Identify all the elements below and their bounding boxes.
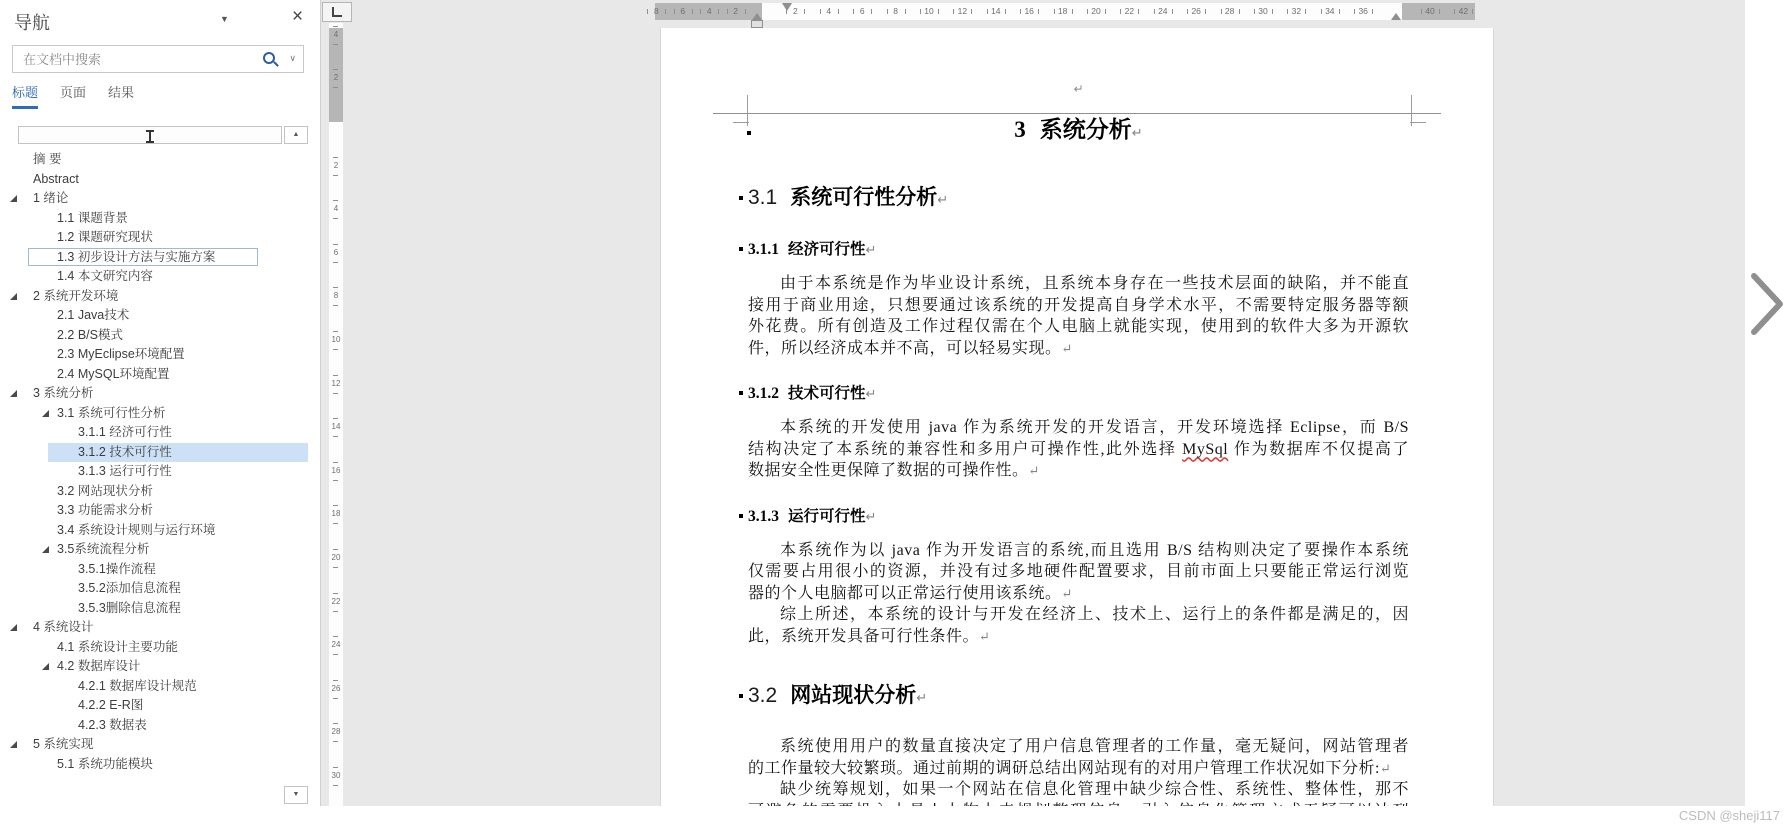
ruler-tick — [333, 262, 338, 263]
nav-item-label: 3.5.2添加信息流程 — [78, 581, 181, 595]
document-heading: 3.1系统可行性分析↵ — [748, 183, 1409, 215]
screenshot-stage: 导航 ▼ × ∨ 标题页面结果 ▲ 摘 要Abstract1 绪论1.1 课题背… — [0, 0, 1792, 833]
ruler-number: 42 — [1454, 6, 1472, 16]
nav-item-label: 3.2 网站现状分析 — [57, 484, 153, 498]
ruler-tick — [333, 157, 338, 158]
paragraph-mark: ↵ — [1380, 761, 1391, 776]
paragraph-mark: ↵ — [916, 690, 927, 705]
heading-number: 3.1.2 — [748, 385, 779, 402]
ruler-number: 36 — [1354, 6, 1372, 16]
ruler-tick — [871, 9, 872, 14]
ruler-number: 32 — [1287, 6, 1305, 16]
document-heading: 3系统分析↵ — [748, 113, 1409, 149]
expand-triangle-icon[interactable] — [10, 390, 17, 397]
ruler-tick — [838, 9, 839, 14]
navigation-pane: 导航 ▼ × ∨ 标题页面结果 ▲ 摘 要Abstract1 绪论1.1 课题背… — [0, 0, 321, 806]
ruler-number: 4 — [700, 6, 718, 16]
nav-item-label: 2.2 B/S模式 — [57, 328, 123, 342]
nav-item[interactable]: 2.3 MyEclipse环境配置 — [0, 345, 308, 365]
ruler-tick — [333, 567, 338, 568]
ruler-number: 8 — [647, 6, 665, 16]
ruler-tick — [333, 549, 338, 550]
ruler-tick — [333, 69, 338, 70]
ruler-tick — [1087, 9, 1088, 14]
ruler-number: 8 — [887, 6, 905, 16]
ruler-number: 24 — [1154, 6, 1172, 16]
ruler-tick — [333, 200, 338, 201]
outline-square-icon — [739, 391, 743, 395]
header-paragraph-mark: ↵ — [748, 82, 1409, 100]
ruler-tick — [333, 698, 338, 699]
heading-number: 3.1 — [748, 186, 777, 209]
ruler-tick — [804, 9, 805, 14]
ruler-tick — [853, 9, 854, 14]
ruler-tick — [333, 654, 338, 655]
ruler-tick — [1421, 9, 1422, 14]
body-text-line: 本系统的开发使用 java 作为系统开发的开发语言，开发环境选择 Eclipse… — [748, 417, 1409, 439]
paragraph-mark: ↵ — [866, 242, 877, 257]
paragraph: 由于本系统是作为毕业设计系统，且系统本身存在一些技术层面的缺陷，并不能直接用于商… — [748, 273, 1409, 359]
body-text-line: 综上所述，本系统的设计与开发在经济上、技术上、运行上的条件都是满足的，因 — [748, 604, 1409, 626]
ruler-number: 2 — [329, 161, 343, 170]
ruler-tick — [1205, 9, 1206, 14]
body-text-line: 本系统作为以 java 作为开发语言的系统,而且选用 B/S 结构则决定了要操作… — [748, 540, 1409, 562]
csdn-watermark: CSDN @sheji117 — [1679, 808, 1780, 823]
ruler-tick — [718, 9, 719, 14]
expand-triangle-icon[interactable] — [10, 741, 17, 748]
ruler-tick — [333, 480, 338, 481]
ruler-number: 14 — [329, 422, 343, 431]
nav-item-label: 2.3 MyEclipse环境配置 — [57, 347, 185, 361]
ruler-number: 10 — [329, 335, 343, 344]
spellcheck-underline: MySql — [1182, 441, 1228, 458]
ruler-tick — [1120, 9, 1121, 14]
heading-text: 运行可行性 — [788, 508, 866, 525]
ruler-number: 4 — [329, 30, 343, 39]
nav-item-label: 3.1 系统可行性分析 — [57, 406, 165, 420]
ruler-tick — [920, 9, 921, 14]
ruler-tick — [1287, 9, 1288, 14]
ruler-tick — [1154, 9, 1155, 14]
ruler-tick — [692, 9, 693, 14]
scroll-down-button[interactable]: ▼ — [284, 786, 308, 804]
ruler-tick — [333, 611, 338, 612]
nav-item[interactable]: Abstract — [0, 170, 308, 190]
paragraph: 本系统的开发使用 java 作为系统开发的开发语言，开发环境选择 Eclipse… — [748, 417, 1409, 482]
ruler-number: 8 — [329, 291, 343, 300]
search-dropdown-icon[interactable]: ∨ — [289, 53, 296, 64]
nav-item-label: 3.4 系统设计规则与运行环境 — [57, 523, 215, 537]
nav-item-label: 2.1 Java技术 — [57, 308, 129, 322]
ruler-tick — [1454, 9, 1455, 14]
nav-options-dropdown-icon[interactable]: ▼ — [220, 14, 229, 24]
body-text-line: 由于本系统是作为毕业设计系统，且系统本身存在一些技术层面的缺陷，并不能直 — [748, 273, 1409, 295]
close-icon[interactable]: × — [292, 6, 303, 28]
ruler-tick — [953, 9, 954, 14]
paragraph-mark: ↵ — [866, 386, 877, 401]
nav-item[interactable]: 3.1 系统可行性分析 — [0, 404, 308, 424]
ruler-tick — [1054, 9, 1055, 14]
ruler-tick — [1439, 9, 1440, 14]
nav-item[interactable]: 4 系统设计 — [0, 618, 308, 638]
heading-text: 经济可行性 — [788, 241, 866, 258]
nav-item-label: 3 系统分析 — [33, 386, 93, 400]
ruler-tick — [333, 331, 338, 332]
body-text-line: 系统使用用户的数量直接决定了用户信息管理者的工作量，毫无疑问，网站管理者 — [748, 736, 1409, 758]
nav-item-label: 4.2.2 E-R图 — [78, 698, 143, 712]
nav-item[interactable]: 2.4 MySQL环境配置 — [0, 365, 308, 385]
word-window: 导航 ▼ × ∨ 标题页面结果 ▲ 摘 要Abstract1 绪论1.1 课题背… — [0, 0, 1745, 806]
nav-item-label: 2.4 MySQL环境配置 — [57, 367, 170, 381]
nav-item-label: 4.2.1 数据库设计规范 — [78, 679, 197, 693]
ruler-tick — [333, 723, 338, 724]
nav-tabs: 标题页面结果 — [12, 82, 156, 104]
ruler-number: 30 — [1254, 6, 1272, 16]
heading-text: 系统分析 — [1040, 116, 1132, 142]
heading-number: 3 — [1014, 117, 1026, 142]
nav-item[interactable]: 3.1.2 技术可行性 — [0, 443, 308, 463]
body-text-line: 接用于商业用途，只想要通过该系统的开发提高自身学术水平，不需要特定服务器等额 — [748, 295, 1409, 317]
headings-list: 摘 要Abstract1 绪论1.1 课题背景1.2 课题研究现状1.3 初步设… — [0, 150, 308, 774]
ruler-tick — [333, 87, 338, 88]
ruler-tick — [1272, 9, 1273, 14]
heading-text: 网站现状分析 — [790, 684, 916, 707]
search-input[interactable] — [21, 47, 255, 71]
heading-number: 3.2 — [748, 684, 777, 707]
ruler-number: 30 — [329, 771, 343, 780]
nav-item-label: 2 系统开发环境 — [33, 289, 118, 303]
next-image-chevron-icon[interactable] — [1750, 272, 1786, 336]
ruler-tick — [333, 462, 338, 463]
ruler-tick — [1305, 9, 1306, 14]
paragraph-mark: ↵ — [866, 509, 877, 524]
nav-item[interactable]: 2.2 B/S模式 — [0, 326, 308, 346]
document-page[interactable]: ↵ 3系统分析↵3.1系统可行性分析↵3.1.1经济可行性↵由于本系统是作为毕业… — [660, 28, 1494, 806]
heading-number: 3.1.1 — [748, 241, 779, 258]
body-text-line: 器的个人电脑都可以正常运行使用该系统。↵ — [748, 583, 1409, 605]
ruler-tick — [1172, 9, 1173, 14]
nav-item[interactable]: 3.4 系统设计规则与运行环境 — [0, 521, 308, 541]
nav-item-label: 3.5.3删除信息流程 — [78, 601, 181, 615]
nav-item[interactable]: 4.1 系统设计主要功能 — [0, 638, 308, 658]
nav-item[interactable]: 2.1 Java技术 — [0, 306, 308, 326]
ruler-tick — [665, 9, 666, 14]
nav-item[interactable]: 3.5系统流程分析 — [0, 540, 308, 560]
nav-item[interactable]: 2 系统开发环境 — [0, 287, 308, 307]
nav-item-label: 3.5.1操作流程 — [78, 562, 156, 576]
nav-item[interactable]: 4.2.1 数据库设计规范 — [0, 677, 308, 697]
ruler-number: 24 — [329, 640, 343, 649]
nav-item-label: 4.1 系统设计主要功能 — [57, 640, 178, 654]
ruler-tick — [1321, 9, 1322, 14]
nav-item[interactable]: 4.2 数据库设计 — [0, 657, 308, 677]
expand-triangle-icon[interactable] — [42, 546, 49, 553]
expand-triangle-icon[interactable] — [42, 410, 49, 417]
ruler-tick — [745, 9, 746, 14]
ruler-number: 6 — [853, 6, 871, 16]
nav-item-label: 1.1 课题背景 — [57, 211, 128, 225]
nav-item[interactable]: 5.1 系统功能模块 — [0, 755, 308, 775]
nav-item-label: 1.3 初步设计方法与实施方案 — [57, 250, 215, 264]
nav-item-label: 5.1 系统功能模块 — [57, 757, 153, 771]
ruler-tick — [333, 680, 338, 681]
ruler-tick — [971, 9, 972, 14]
nav-item-label: 1 绪论 — [33, 191, 68, 205]
nav-item-label: 1.2 课题研究现状 — [57, 230, 153, 244]
expand-triangle-icon[interactable] — [10, 293, 17, 300]
ruler-tick — [333, 393, 338, 394]
ruler-tick — [1472, 9, 1473, 14]
ruler-tick — [333, 244, 338, 245]
ruler-tick — [333, 505, 338, 506]
ruler-tick — [647, 9, 648, 14]
ruler-tick — [905, 9, 906, 14]
outline-square-icon — [747, 131, 751, 135]
ruler-number: 34 — [1321, 6, 1339, 16]
viewer-right-strip — [1745, 0, 1792, 833]
paragraph-mark: ↵ — [979, 629, 990, 644]
ruler-tick — [333, 741, 338, 742]
paragraph-mark: ↵ — [1132, 125, 1143, 140]
paragraph-mark: ↵ — [1062, 341, 1073, 356]
ruler-tick — [938, 9, 939, 14]
ruler-tick — [1072, 9, 1073, 14]
ruler-tick — [333, 785, 338, 786]
ruler-number: 10 — [920, 6, 938, 16]
ruler-tick — [887, 9, 888, 14]
ruler-number: 18 — [1054, 6, 1072, 16]
document-heading: 3.2网站现状分析↵ — [748, 681, 1409, 713]
nav-item-label: 3.1.3 运行可行性 — [78, 464, 172, 478]
right-indent-marker[interactable] — [1391, 13, 1401, 20]
nav-item[interactable]: 3.5.2添加信息流程 — [0, 579, 308, 599]
heading-text: 技术可行性 — [788, 385, 866, 402]
horizontal-ruler[interactable]: 8642246810121416182022242628303234364042 — [655, 3, 1475, 20]
nav-scroll-strip[interactable] — [18, 126, 282, 144]
ruler-tick — [333, 26, 338, 27]
ruler-number: 4 — [820, 6, 838, 16]
ruler-number: 22 — [329, 597, 343, 606]
nav-item-label: 4.2.3 数据表 — [78, 718, 147, 732]
nav-pane-title: 导航 — [14, 9, 50, 35]
paragraph: 综上所述，本系统的设计与开发在经济上、技术上、运行上的条件都是满足的，因此，系统… — [748, 604, 1409, 647]
paragraph: 本系统作为以 java 作为开发语言的系统,而且选用 B/S 结构则决定了要操作… — [748, 540, 1409, 605]
ruler-tick — [1372, 9, 1373, 14]
nav-item[interactable]: 3.2 网站现状分析 — [0, 482, 308, 502]
ruler-number: 2 — [329, 73, 343, 82]
ruler-number: 12 — [329, 379, 343, 388]
ruler-tick — [820, 9, 821, 14]
paragraph-mark: ↵ — [1029, 463, 1040, 478]
body-text-line: 数据安全性更保障了数据的可操作性。↵ — [748, 460, 1409, 482]
nav-item-label: 摘 要 — [33, 152, 61, 166]
nav-item-label: 3.5系统流程分析 — [57, 542, 149, 556]
ruler-tick — [1239, 9, 1240, 14]
nav-item[interactable]: 3.5.1操作流程 — [0, 560, 308, 580]
body-text-line: 件，所以经济成本并不高，可以轻易实现。↵ — [748, 338, 1409, 360]
ruler-number: 12 — [953, 6, 971, 16]
body-text-line: 仅需要占用很小的资源，并没有过多地硬件配置要求，目前市面上只要能正常运行浏览 — [748, 561, 1409, 583]
ruler-number: 4 — [329, 204, 343, 213]
nav-item-label: 5 系统实现 — [33, 737, 93, 751]
scroll-up-button[interactable]: ▲ — [284, 126, 308, 144]
ruler-tick — [727, 9, 728, 14]
heading-text: 系统可行性分析 — [790, 186, 937, 209]
nav-tab[interactable]: 结果 — [108, 82, 134, 106]
document-content: ↵ 3系统分析↵3.1系统可行性分析↵3.1.1经济可行性↵由于本系统是作为毕业… — [748, 28, 1409, 806]
body-text-line: 结构决定了本系统的兼容性和多用户可操作性,此外选择 MySql 作为数据库不仅提… — [748, 439, 1409, 461]
outline-square-icon — [739, 514, 743, 518]
ruler-tick — [1221, 9, 1222, 14]
paragraph: 缺少统筹规划，如果一个网站在信息化管理中缺少综合性、系统性、整体性，那不可避免的… — [748, 779, 1409, 806]
ruler-tick — [333, 287, 338, 288]
left-indent-marker[interactable] — [751, 20, 763, 28]
outline-square-icon — [739, 694, 743, 698]
ruler-tick — [333, 349, 338, 350]
ruler-number: 20 — [1087, 6, 1105, 16]
paragraph-mark: ↵ — [937, 192, 948, 207]
nav-item[interactable]: 3.1.1 经济可行性 — [0, 423, 308, 443]
ruler-number: 26 — [329, 684, 343, 693]
nav-item[interactable]: 4.2.2 E-R图 — [0, 696, 308, 716]
ruler-number: 14 — [987, 6, 1005, 16]
nav-tab[interactable]: 标题 — [12, 82, 38, 109]
expand-triangle-icon[interactable] — [42, 663, 49, 670]
nav-item[interactable]: 3 系统分析 — [0, 384, 308, 404]
text-boundary-corner-left — [733, 122, 749, 123]
ruler-number: 2 — [727, 6, 745, 16]
ruler-tick — [700, 9, 701, 14]
ruler-tick — [333, 375, 338, 376]
nav-item[interactable]: 1.1 课题背景 — [0, 209, 308, 229]
ruler-number: 16 — [329, 466, 343, 475]
nav-item[interactable]: 3.5.3删除信息流程 — [0, 599, 308, 619]
document-heading: 3.1.2技术可行性↵ — [748, 383, 1409, 404]
nav-item-label: Abstract — [33, 172, 79, 186]
nav-item-label: 3.1.1 经济可行性 — [78, 425, 172, 439]
ruler-tick — [333, 305, 338, 306]
ruler-number: 22 — [1120, 6, 1138, 16]
nav-item[interactable]: 5 系统实现 — [0, 735, 308, 755]
tab-selector-button[interactable] — [322, 2, 352, 22]
ruler-tick — [1254, 9, 1255, 14]
paragraph: 系统使用用户的数量直接决定了用户信息管理者的工作量，毫无疑问，网站管理者的工作量… — [748, 736, 1409, 779]
ruler-tick — [333, 418, 338, 419]
scroll-strip-icon — [146, 130, 154, 143]
ruler-tick — [333, 436, 338, 437]
nav-item[interactable]: 4.2.3 数据表 — [0, 716, 308, 736]
document-heading: 3.1.1经济可行性↵ — [748, 239, 1409, 260]
nav-item-label: 3.1.2 技术可行性 — [78, 445, 172, 459]
ruler-tick — [1020, 9, 1021, 14]
ruler-tick — [333, 593, 338, 594]
search-icon[interactable] — [263, 52, 275, 64]
paragraph-mark: ↵ — [1062, 586, 1073, 601]
text-boundary-corner-right — [1410, 122, 1426, 123]
nav-item-label: 4.2 数据库设计 — [57, 659, 140, 673]
nav-item[interactable]: 3.1.3 运行可行性 — [0, 462, 308, 482]
left-tab-stop-icon — [332, 7, 342, 17]
ruler-number: 16 — [1020, 6, 1038, 16]
body-text-line: 此，系统开发具备可行性条件。↵ — [748, 626, 1409, 648]
ruler-tick — [333, 175, 338, 176]
ruler-tick — [333, 636, 338, 637]
ruler-tick — [1005, 9, 1006, 14]
ruler-number: 6 — [329, 248, 343, 257]
ruler-number: 20 — [329, 553, 343, 562]
nav-item-label: 1.4 本文研究内容 — [57, 269, 153, 283]
ruler-number: 6 — [674, 6, 692, 16]
ruler-tick — [1105, 9, 1106, 14]
body-text-line: 的工作量较大较繁琐。通过前期的调研总结出网站现有的对用户管理工作状况如下分析:↵ — [748, 758, 1409, 780]
outline-square-icon — [739, 247, 743, 251]
ruler-number: 18 — [329, 509, 343, 518]
nav-item[interactable]: 1.2 课题研究现状 — [0, 228, 308, 248]
ruler-tick — [333, 44, 338, 45]
nav-item[interactable]: 3.3 功能需求分析 — [0, 501, 308, 521]
search-box: ∨ — [12, 45, 304, 73]
ruler-tick — [674, 9, 675, 14]
nav-tab[interactable]: 页面 — [60, 82, 86, 106]
nav-item[interactable]: 1 绪论 — [0, 189, 308, 209]
heading-number: 3.1.3 — [748, 508, 779, 525]
ruler-number: 26 — [1187, 6, 1205, 16]
body-text-line: 外花费。所有创造及工作过程仅需在个人电脑上就能实现，使用到的软件大多为开源软 — [748, 316, 1409, 338]
ruler-tick — [1138, 9, 1139, 14]
ruler-tick — [1339, 9, 1340, 14]
hanging-indent-marker[interactable] — [752, 13, 762, 20]
ruler-number: 28 — [1221, 6, 1239, 16]
outline-square-icon — [739, 196, 743, 200]
ruler-number: 28 — [329, 727, 343, 736]
expand-triangle-icon[interactable] — [10, 195, 17, 202]
ruler-tick — [333, 523, 338, 524]
document-heading: 3.1.3运行可行性↵ — [748, 506, 1409, 527]
nav-item[interactable]: 1.3 初步设计方法与实施方案 — [0, 248, 308, 268]
nav-item[interactable]: 1.4 本文研究内容 — [0, 267, 308, 287]
nav-item[interactable]: 摘 要 — [0, 150, 308, 170]
nav-item-label: 4 系统设计 — [33, 620, 93, 634]
ruler-tick — [333, 767, 338, 768]
ruler-number: 40 — [1421, 6, 1439, 16]
body-text-line: 缺少统筹规划，如果一个网站在信息化管理中缺少综合性、系统性、整体性，那不 — [748, 779, 1409, 801]
ruler-tick — [987, 9, 988, 14]
ruler-tick — [333, 218, 338, 219]
nav-item-label: 3.3 功能需求分析 — [57, 503, 153, 517]
expand-triangle-icon[interactable] — [10, 624, 17, 631]
ruler-tick — [1187, 9, 1188, 14]
ruler-tick — [1354, 9, 1355, 14]
ruler-tick — [1038, 9, 1039, 14]
first-line-indent-marker[interactable] — [782, 3, 792, 11]
vertical-ruler[interactable]: 4224681012141618202224262830 — [329, 23, 343, 806]
body-text-line: 可避免的需要投入大量人力物力来规划整理信息，引入信息化管理方式无疑可以达到 — [748, 801, 1409, 807]
